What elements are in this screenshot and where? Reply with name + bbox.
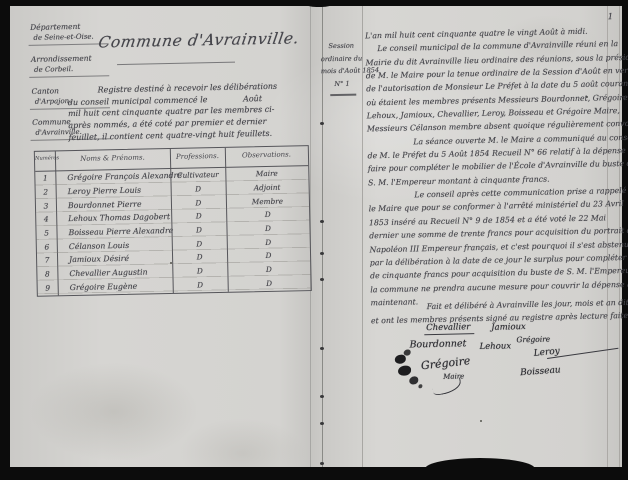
ink-blot <box>395 355 406 364</box>
register-double-page: Département de Seine-et-Oise. Arrondisse… <box>10 6 622 467</box>
signature-bourdonnet: Bourdonnet <box>409 338 466 350</box>
signature-boisseau: Boisseau <box>520 365 561 378</box>
margin-note-line: Session <box>320 39 362 52</box>
deliberation-text: L'an mil huit cent cinquante quatre le v… <box>365 24 615 309</box>
margin-note-line: mois d'Août 1854 <box>321 64 363 77</box>
signature-jamioux: Jamioux <box>491 322 526 333</box>
margin-note-line: N° 1 <box>321 77 363 90</box>
scan-edge-shadow <box>135 469 163 480</box>
signature-paraph <box>431 378 462 396</box>
margin-note-line: ordinaire du <box>320 52 362 65</box>
scan-edge-shadow <box>425 458 535 480</box>
signature-gregoire-maire: Grégoire <box>420 354 471 372</box>
page-number: 1 <box>608 12 614 22</box>
ink-blot <box>418 384 422 388</box>
margin-note-underline <box>330 94 356 97</box>
ink-blot <box>398 365 411 375</box>
signature-underline <box>424 333 474 335</box>
signature-lehoux: Lehoux <box>479 341 511 352</box>
scan-edge-shadow <box>306 0 332 7</box>
right-page: 1 Session ordinaire du mois d'Août 1854 … <box>7 3 628 477</box>
scanned-register-photo: Département de Seine-et-Oise. Arrondisse… <box>0 0 628 480</box>
signature-gregoire: Grégoire <box>516 335 550 345</box>
ink-blot <box>404 349 411 355</box>
session-margin-note: Session ordinaire du mois d'Août 1854 N°… <box>320 39 363 90</box>
ink-blot <box>409 376 418 384</box>
signature-chevallier: Chevallier <box>426 322 470 333</box>
